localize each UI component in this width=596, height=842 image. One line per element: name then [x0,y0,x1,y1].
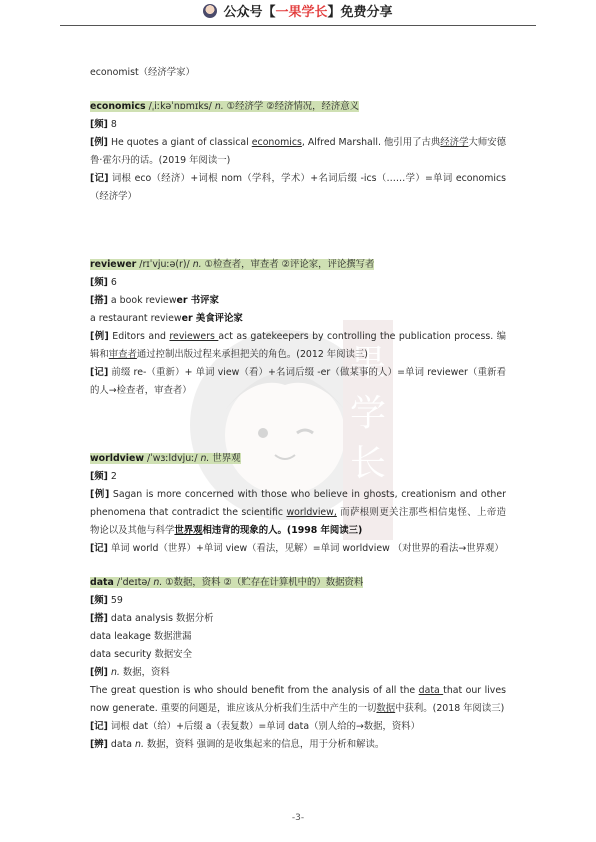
distinguish-word: data [108,739,135,750]
example: [例] He quotes a giant of classical econo… [90,134,506,170]
example-cn-text: 中获利。(2018 年阅读三) [395,703,504,714]
part-of-speech: n. [111,667,120,678]
entry-worldview: worldview /ˈwɜːldvjuː/ n. 世界观 [频] 2 [例] … [90,450,506,558]
memo: [记] 单词 world（世界）+单词 view（看法，见解）=单词 world… [90,540,506,558]
freq-value: 2 [108,471,117,482]
example-cn-text: 通过控制出版过程来承担把关的角色。(2012 年阅读三) [137,349,368,360]
memo-label: [记] [90,367,108,378]
part-of-speech: n. [135,739,144,750]
example-text: , Alfred Marshall. 他引用了古典 [302,137,440,148]
collocation: a restaurant reviewer 美食评论家 [90,310,506,328]
freq-value: 59 [108,595,123,606]
phonetic: /ˌiːkəˈnɒmɪks/ [146,101,215,112]
entry-data: data /ˈdeɪtə/ n. ①数据，资料 ②（贮存在计算机中的）数据资料 … [90,574,506,754]
intro-line: economist（经济学家） [90,64,506,82]
headword-line: data /ˈdeɪtə/ n. ①数据，资料 ②（贮存在计算机中的）数据资料 [90,577,363,588]
collocation: data security 数据安全 [90,646,506,664]
header-prefix: 公众号【 [223,5,275,20]
example-keyword: economics [252,137,302,148]
distinguish: [辨] data n. 数据，资料 强调的是收集起来的信息，用于分析和解读。 [90,736,506,754]
entry-economics: economics /ˌiːkəˈnɒmɪks/ n. ①经济学 ②经济情况，经… [90,98,506,206]
collocation-en: data security [90,649,152,660]
example: The great question is who should benefit… [90,682,506,718]
example-gloss: 数据，资料 [120,667,170,678]
phonetic: /rɪˈvjuːə(r)/ [136,259,192,270]
collocation-cn: 数据分析 [173,613,213,624]
collocation-en: data leakage [90,631,151,642]
distinguish-label: [辨] [90,739,108,750]
header-suffix: 】免费分享 [328,5,393,20]
freq-value: 8 [108,119,117,130]
memo-label: [记] [90,173,109,184]
example-label: [例] [90,489,109,500]
memo-label: [记] [90,543,108,554]
headword-line: economics /ˌiːkəˈnɒmɪks/ n. ①经济学 ②经济情况，经… [90,101,359,112]
memo-text: 单词 world（世界）+单词 view（看法，见解）=单词 worldview… [108,543,504,554]
meaning: ①数据，资料 ②（贮存在计算机中的）数据资料 [162,577,363,588]
page-number: -3- [0,813,596,823]
headword: economics [90,101,146,112]
collocation: [搭] data analysis 数据分析 [90,610,506,628]
example-keyword: data [419,685,444,696]
headword: worldview [90,453,144,464]
example-cn-keyword: 经济学 [440,137,468,148]
freq-label: [频] [90,471,108,482]
document-body: economist（经济学家） economics /ˌiːkəˈnɒmɪks/… [90,64,506,754]
collocation-en-suffix: er [182,313,193,324]
part-of-speech: n. [153,577,162,588]
collocation-cn: 数据泄漏 [151,631,191,642]
example-keyword: reviewers [169,331,218,342]
headword: reviewer [90,259,136,270]
page-header: 公众号【一果学长】免费分享 [0,0,596,26]
freq-value: 6 [108,277,117,288]
collocation-label: [搭] [90,295,108,306]
freq-label: [频] [90,119,108,130]
example-label: [例] [90,667,108,678]
collocation-en-suffix: er [177,295,188,306]
example-cn-keyword: 审查者 [109,349,137,360]
example: [例] Editors and reviewers act as gatekee… [90,328,506,364]
collocation: data leakage 数据泄漏 [90,628,506,646]
header-title: 公众号【一果学长】免费分享 [0,4,596,22]
example-header: [例] n. 数据，资料 [90,664,506,682]
example: [例] Sagan is more concerned with those w… [90,486,506,540]
headword-line: worldview /ˈwɜːldvjuː/ n. 世界观 [90,453,241,464]
example-cn-text: 相违背的现象的人。(1998 年阅读三) [203,525,363,536]
example-text: He quotes a giant of classical [108,137,252,148]
collocation-cn: 数据安全 [152,649,192,660]
example-text: The great question is who should benefit… [90,685,419,696]
header-divider [60,25,536,26]
example-label: [例] [90,137,108,148]
entry-reviewer: reviewer /rɪˈvjuːə(r)/ n. ①检查者，审查者 ②评论家，… [90,256,506,400]
memo: [记] 词根 dat（给）+后缀 a（表复数）=单词 data（别人给的→数据，… [90,718,506,736]
collocation-label: [搭] [90,613,108,624]
collocation-cn: 书评家 [187,295,218,306]
collocation-en: data analysis [108,613,173,624]
meaning: ①检查者，审查者 ②评论家，评论撰写者 [202,259,375,270]
example-text: Editors and [109,331,170,342]
headword: data [90,577,114,588]
avatar-icon [203,4,217,18]
meaning: 世界观 [209,453,240,464]
collocation-en: a book review [108,295,177,306]
memo-text: 前缀 re-（重新）+ 单词 view（看）+名词后缀 -er（做某事的人）=单… [90,367,506,396]
memo: [记] 词根 eco（经济）+词根 nom（学科，学术）+名词后缀 -ics（…… [90,170,506,206]
example-keyword: worldview, [286,507,336,518]
phonetic: /ˈdeɪtə/ [114,577,154,588]
example-label: [例] [90,331,109,342]
freq-label: [频] [90,595,108,606]
memo-text: 词根 eco（经济）+词根 nom（学科，学术）+名词后缀 -ics（……学）=… [90,173,506,202]
memo: [记] 前缀 re-（重新）+ 单词 view（看）+名词后缀 -er（做某事的… [90,364,506,400]
memo-label: [记] [90,721,108,732]
part-of-speech: n. [193,259,202,270]
part-of-speech: n. [215,101,224,112]
headword-line: reviewer /rɪˈvjuːə(r)/ n. ①检查者，审查者 ②评论家，… [90,259,374,270]
example-cn-keyword: 数据 [376,703,395,714]
collocation-cn: 美食评论家 [193,313,243,324]
memo-text: 词根 dat（给）+后缀 a（表复数）=单词 data（别人给的→数据，资料） [108,721,420,732]
header-brand: 一果学长 [275,5,327,20]
collocation-en: a restaurant review [90,313,182,324]
freq-label: [频] [90,277,108,288]
example-cn-keyword: 世界观 [174,525,202,536]
collocation: [搭] a book reviewer 书评家 [90,292,506,310]
distinguish-text: 数据，资料 强调的是收集起来的信息，用于分析和解读。 [144,739,384,750]
meaning: ①经济学 ②经济情况，经济意义 [224,101,359,112]
phonetic: /ˈwɜːldvjuː/ [144,453,200,464]
